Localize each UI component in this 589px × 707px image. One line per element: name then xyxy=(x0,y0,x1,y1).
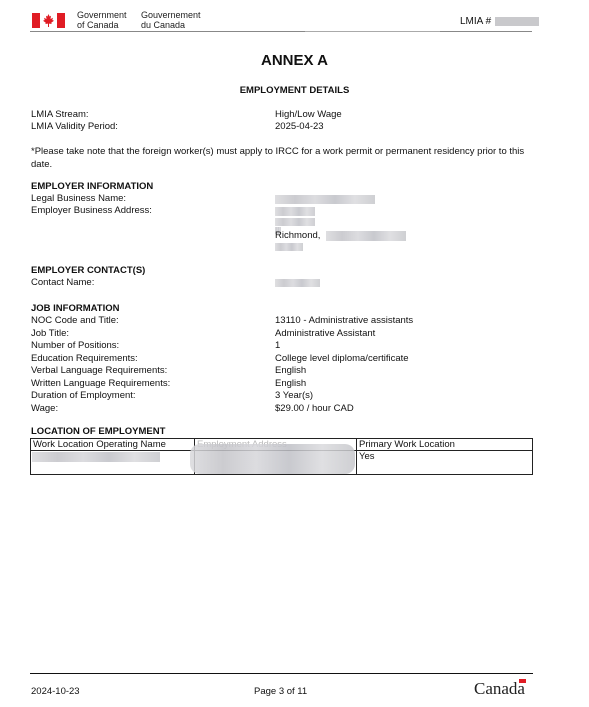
employer-contacts-heading: EMPLOYER CONTACT(S) xyxy=(31,265,145,276)
education-label: Education Requirements: xyxy=(31,353,138,364)
redacted-address-line-1 xyxy=(275,207,315,216)
employer-address-label: Employer Business Address: xyxy=(31,205,152,216)
footer-date: 2024-10-23 xyxy=(31,686,80,697)
noc-code-label: NOC Code and Title: xyxy=(31,315,119,326)
gouvernement-du-canada-signature: Gouvernement du Canada xyxy=(141,11,201,30)
employer-information-heading: EMPLOYER INFORMATION xyxy=(31,181,153,192)
wordmark-flag-icon xyxy=(519,679,526,683)
canada-flag-icon xyxy=(32,13,65,28)
government-of-canada-signature: Government of Canada xyxy=(77,11,127,30)
lmia-validity-label: LMIA Validity Period: xyxy=(31,121,118,132)
education-value: College level diploma/certificate xyxy=(275,353,409,364)
verbal-language-value: English xyxy=(275,365,306,376)
cell-primary-location: Yes xyxy=(357,451,533,475)
job-information-heading: JOB INFORMATION xyxy=(31,303,120,314)
header-rule xyxy=(305,31,440,32)
location-of-employment-heading: LOCATION OF EMPLOYMENT xyxy=(31,426,165,437)
written-language-label: Written Language Requirements: xyxy=(31,378,170,389)
job-title-label: Job Title: xyxy=(31,328,69,339)
noc-code-value: 13110 - Administrative assistants xyxy=(275,315,413,326)
column-header-operating-name: Work Location Operating Name xyxy=(31,439,195,451)
section-subtitle: EMPLOYMENT DETAILS xyxy=(0,85,589,96)
redacted-postal-code xyxy=(275,243,303,251)
duration-value: 3 Year(s) xyxy=(275,390,313,401)
positions-value: 1 xyxy=(275,340,280,351)
redacted-contact-name xyxy=(275,279,320,287)
wage-value: $29.00 / hour CAD xyxy=(275,403,354,414)
canada-wordmark: Canada xyxy=(474,679,525,699)
redacted-operating-name xyxy=(32,452,160,462)
written-language-value: English xyxy=(275,378,306,389)
wage-label: Wage: xyxy=(31,403,58,414)
page-number: Page 3 of 11 xyxy=(254,686,307,697)
verbal-language-label: Verbal Language Requirements: xyxy=(31,365,167,376)
duration-label: Duration of Employment: xyxy=(31,390,136,401)
employer-address-city: Richmond, xyxy=(275,230,320,241)
footer-rule xyxy=(30,673,533,674)
lmia-number: LMIA # xyxy=(460,16,539,27)
redacted-lmia-number xyxy=(495,17,539,26)
header-rule xyxy=(440,31,532,32)
lmia-stream-value: High/Low Wage xyxy=(275,109,342,120)
validity-note: *Please take note that the foreign worke… xyxy=(31,146,541,171)
page-title: ANNEX A xyxy=(0,52,589,69)
redacted-address-province xyxy=(326,231,406,241)
redacted-address-line-2 xyxy=(275,218,315,226)
job-title-value: Administrative Assistant xyxy=(275,328,375,339)
legal-business-name-label: Legal Business Name: xyxy=(31,193,126,204)
header-rule xyxy=(30,31,305,32)
redacted-employment-address xyxy=(190,444,355,474)
lmia-stream-label: LMIA Stream: xyxy=(31,109,89,120)
contact-name-label: Contact Name: xyxy=(31,277,94,288)
redacted-legal-business-name xyxy=(275,195,375,204)
column-header-primary-location: Primary Work Location xyxy=(357,439,533,451)
lmia-validity-value: 2025-04-23 xyxy=(275,121,324,132)
positions-label: Number of Positions: xyxy=(31,340,119,351)
